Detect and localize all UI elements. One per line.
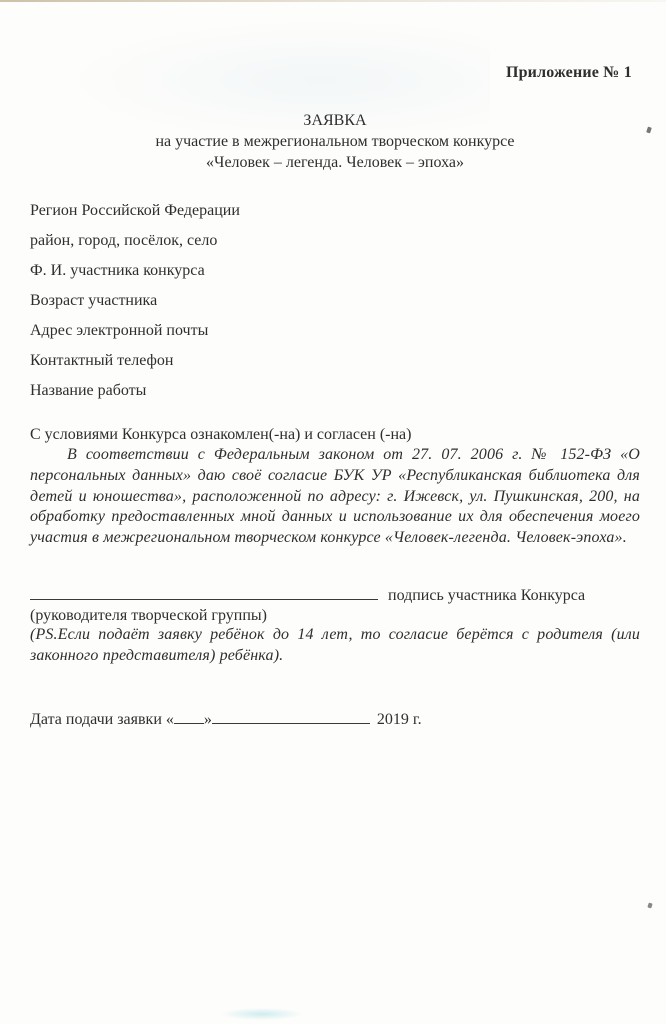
document-title: ЗАЯВКА на участие в межрегиональном твор… (30, 110, 640, 173)
signature-sub-label: (руководителя творческой группы) (30, 606, 640, 625)
field-label-phone: Контактный телефон (30, 346, 640, 376)
signature-label: подпись участника Конкурса (388, 587, 585, 604)
close-quote: » (204, 711, 212, 728)
field-label-email: Адрес электронной почты (30, 316, 640, 346)
field-label-locality: район, город, посёлок, село (30, 226, 640, 256)
signature-line: подпись участника Конкурса (30, 585, 640, 606)
day-blank-line (174, 709, 204, 724)
document-content: Приложение № 1 ЗАЯВКА на участие в межре… (30, 0, 640, 730)
scan-speck-artifact (647, 903, 652, 909)
open-quote: « (166, 711, 174, 728)
ps-note: (PS.Если подаёт заявку ребёнок до 14 лет… (30, 625, 640, 667)
field-label-region: Регион Российской Федерации (30, 196, 640, 226)
consent-statement: С условиями Конкурса ознакомлен(-на) и с… (30, 425, 640, 445)
field-label-participant-name: Ф. И. участника конкурса (30, 256, 640, 286)
title-line-2: на участие в межрегиональном творческом … (30, 131, 640, 152)
scan-smudge (222, 1008, 302, 1020)
month-blank-line (212, 709, 370, 724)
scan-speck-artifact (646, 127, 652, 134)
field-label-age: Возраст участника (30, 286, 640, 316)
signature-section: подпись участника Конкурса (руководителя… (30, 585, 640, 667)
title-line-1: ЗАЯВКА (30, 110, 640, 131)
scanned-document-page: Приложение № 1 ЗАЯВКА на участие в межре… (0, 0, 666, 1024)
signature-blank-line (30, 585, 378, 600)
form-fields: Регион Российской Федерации район, город… (30, 196, 640, 406)
year-label: 2019 г. (377, 711, 422, 728)
appendix-label: Приложение № 1 (30, 64, 640, 82)
personal-data-consent-paragraph: В соответствии с Федеральным законом от … (30, 445, 640, 549)
title-line-3: «Человек – легенда. Человек – эпоха» (30, 152, 640, 173)
date-label: Дата подачи заявки (30, 711, 162, 728)
date-line: Дата подачи заявки «»2019 г. (30, 709, 640, 730)
field-label-work-title: Название работы (30, 376, 640, 406)
